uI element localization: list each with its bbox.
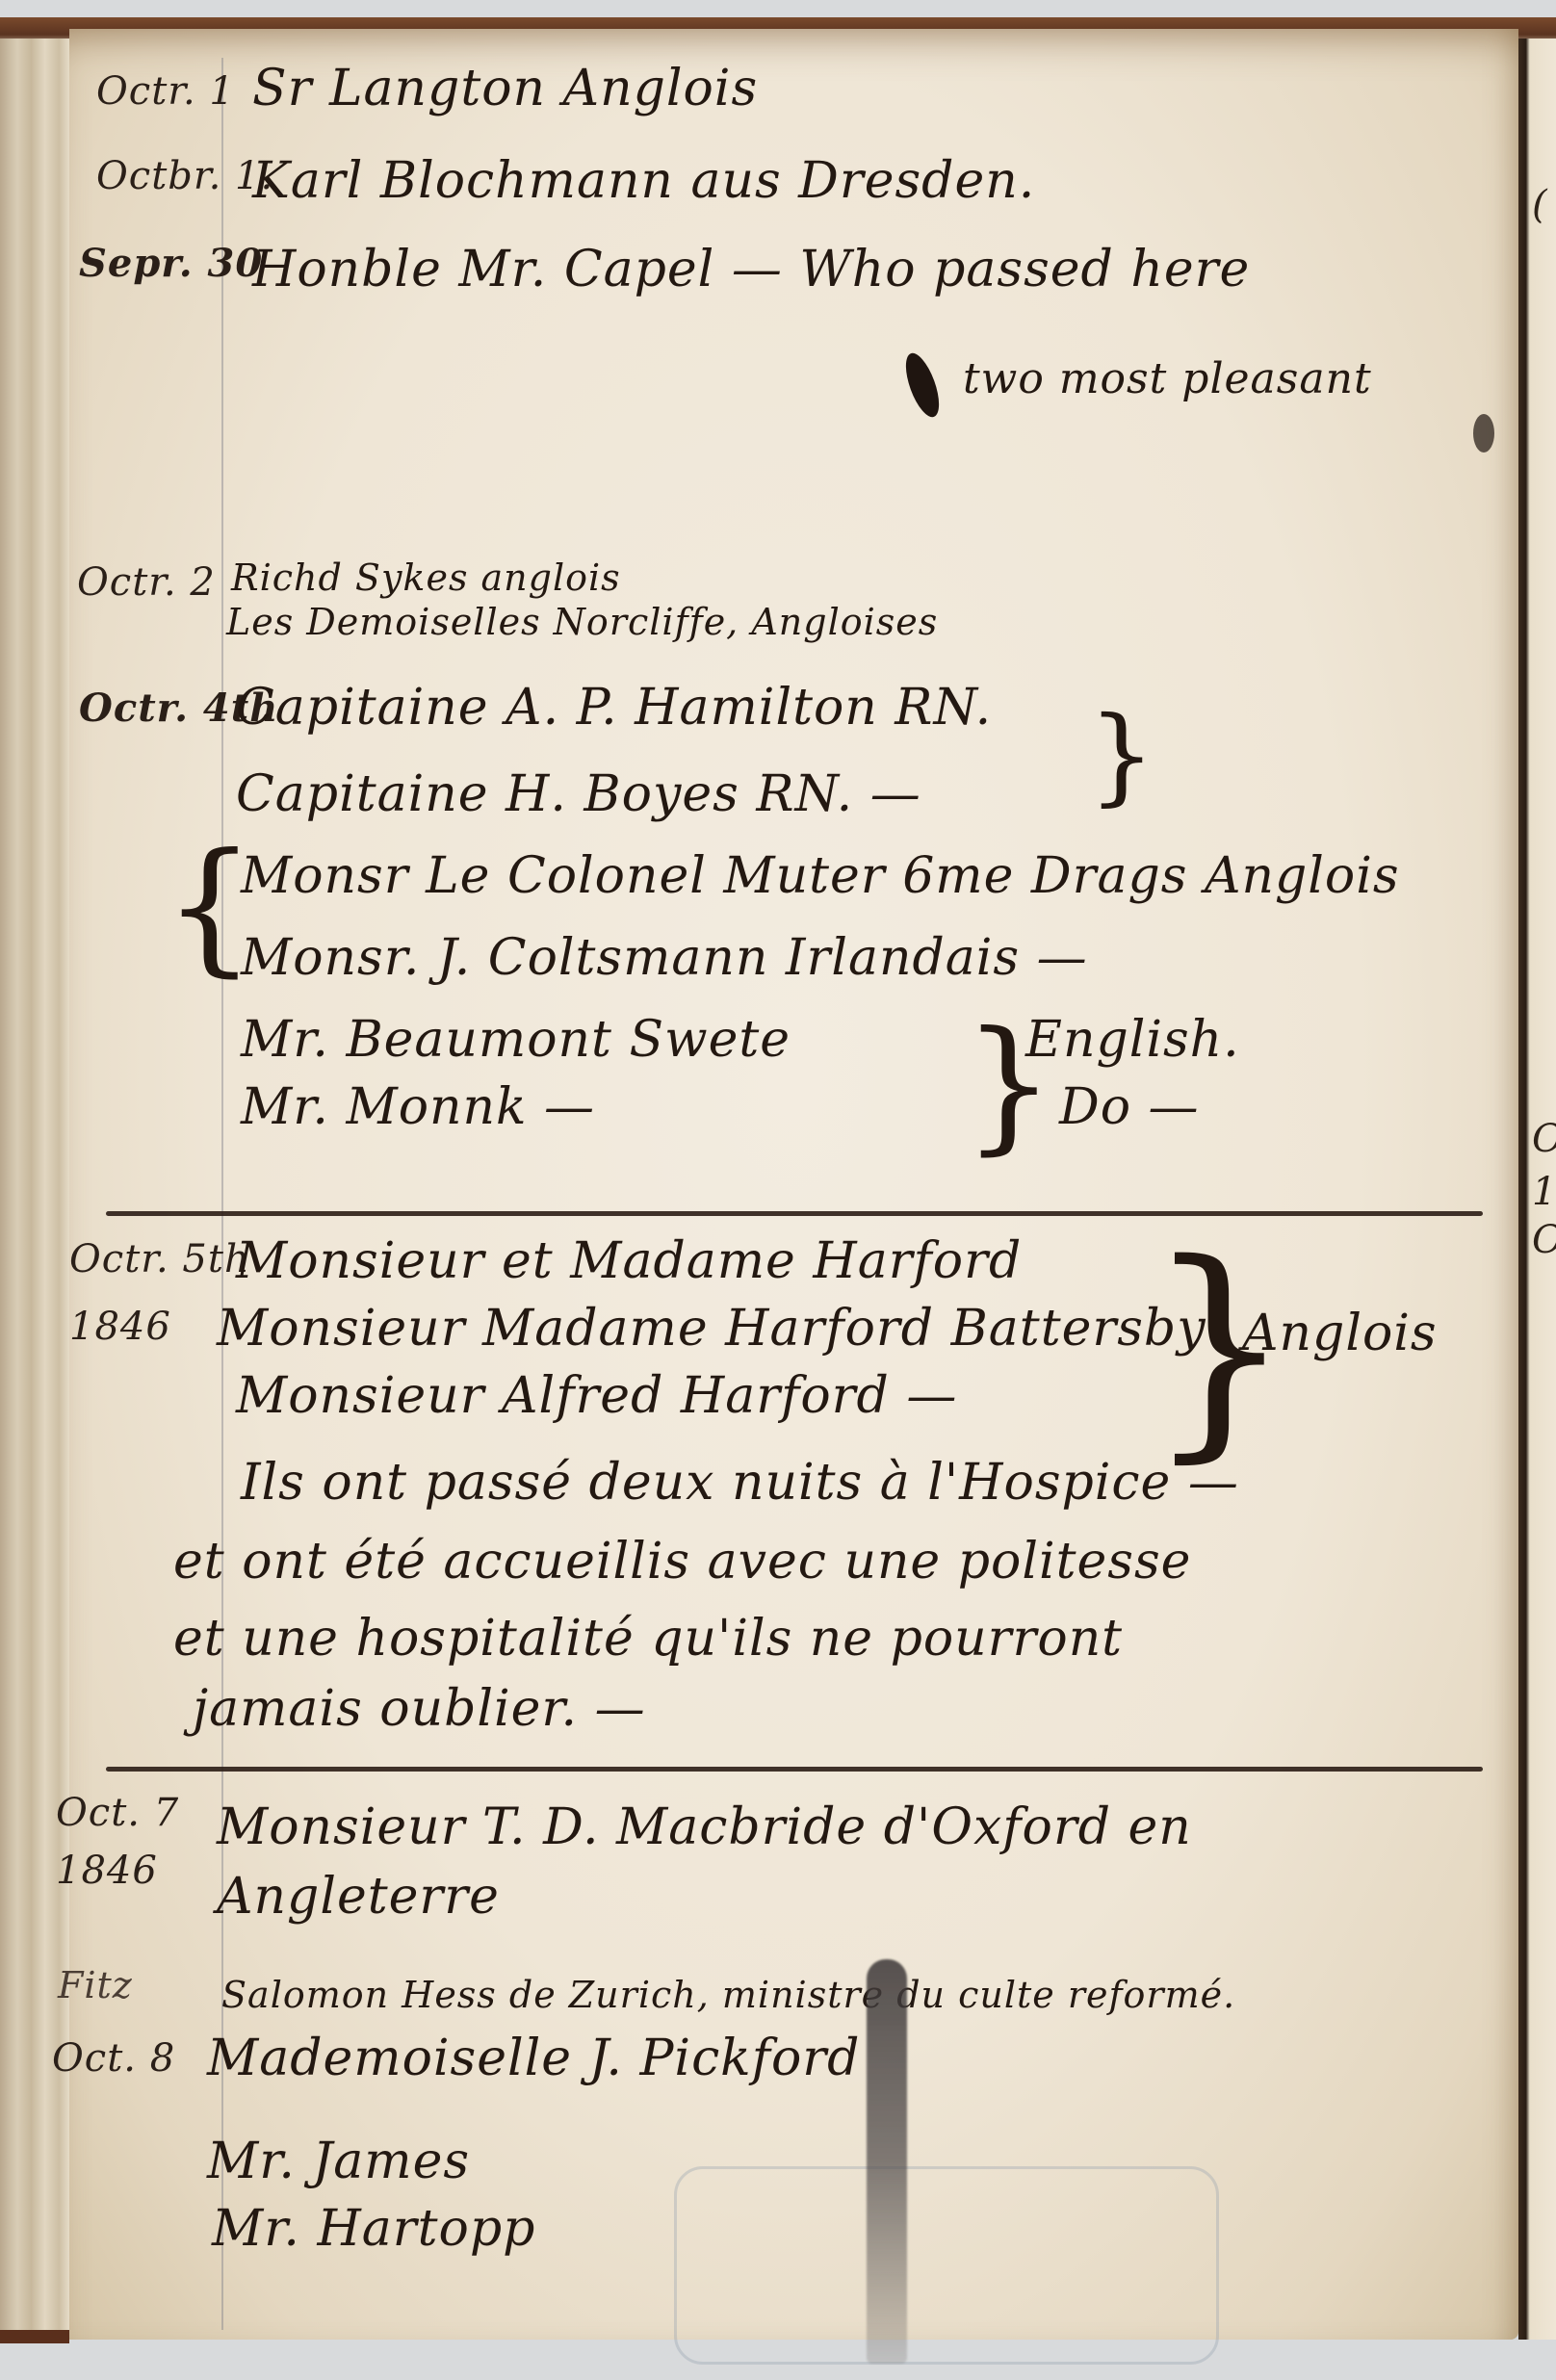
annotation-nationality: Anglois xyxy=(1242,1305,1438,1362)
entry-text: Honble Mr. Capel — Who passed here xyxy=(252,241,1250,298)
entry-text: Mr. Monnk — xyxy=(241,1078,595,1136)
adjacent-fragment: ( xyxy=(1532,183,1547,227)
entry-text: Capitaine H. Boyes RN. — xyxy=(236,765,921,823)
bracket: } xyxy=(1088,693,1155,816)
entry-text: Monsieur et Madame Harford xyxy=(236,1232,1022,1290)
entry-text: Monsieur Alfred Harford — xyxy=(236,1367,957,1425)
entry-text: Monsr. J. Coltsmann Irlandais — xyxy=(241,929,1088,987)
entry-text: Monsieur Madame Harford Battersby xyxy=(217,1300,1206,1358)
bleed-through-marks xyxy=(674,2166,1219,2365)
note-text: et ont été accueillis avec une politesse xyxy=(173,1533,1191,1591)
entry-date: Sepr. 30 xyxy=(79,241,263,286)
entry-text: Monsieur T. D. Macbride d'Oxford en xyxy=(217,1798,1192,1856)
entry-text: two most pleasant xyxy=(963,354,1372,403)
note-text: Ils ont passé deux nuits à l'Hospice — xyxy=(241,1454,1239,1512)
section-divider xyxy=(106,1767,1483,1772)
entry-year: 1846 xyxy=(69,1305,171,1349)
entry-year: 1846 xyxy=(56,1849,158,1893)
entry-text: Karl Blochmann aus Dresden. xyxy=(252,152,1035,210)
entry-date: Octr. 5th xyxy=(69,1237,250,1281)
entry-text: Angleterre xyxy=(217,1868,500,1926)
ink-blot xyxy=(1473,414,1494,453)
ink-stain xyxy=(867,1959,907,2364)
entry-date: Fitz xyxy=(58,1964,133,2006)
entry-text: Salomon Hess de Zurich, ministre du cult… xyxy=(221,1974,1235,2016)
adjacent-fragment: O xyxy=(1532,1117,1556,1161)
adjacent-page-edge: ( O 1 O xyxy=(1518,39,1556,2340)
adjacent-fragment: O xyxy=(1532,1218,1556,1262)
annotation-english: English. xyxy=(1025,1011,1240,1069)
entry-text: Les Demoiselles Norcliffe, Angloises xyxy=(226,601,938,643)
entry-text: Sr Langton Anglois xyxy=(252,60,758,117)
entry-text: Richd Sykes anglois xyxy=(231,556,621,599)
entry-text: Mr. Hartopp xyxy=(212,2200,535,2258)
entry-text: Mr. James xyxy=(207,2133,470,2190)
entry-text: Monsr Le Colonel Muter 6me Drags Anglois xyxy=(241,847,1400,905)
entry-date: Octr. 1 xyxy=(96,69,235,114)
entry-text: Mr. Beaumont Swete xyxy=(241,1011,791,1069)
entry-date: Octbr. 1. xyxy=(96,154,273,198)
entry-date: Octr. 2 xyxy=(77,560,216,605)
entry-date: Oct. 7 xyxy=(56,1791,179,1835)
entry-text: Mademoiselle J. Pickford xyxy=(207,2030,860,2087)
note-text: et une hospitalité qu'ils ne pourront xyxy=(173,1610,1123,1668)
entry-date: Oct. 8 xyxy=(52,2036,175,2081)
note-text: jamais oublier. — xyxy=(193,1680,646,1738)
entry-text: Capitaine A. P. Hamilton RN. xyxy=(236,679,992,737)
adjacent-fragment: 1 xyxy=(1532,1170,1556,1214)
annotation-ditto: Do — xyxy=(1059,1078,1200,1136)
